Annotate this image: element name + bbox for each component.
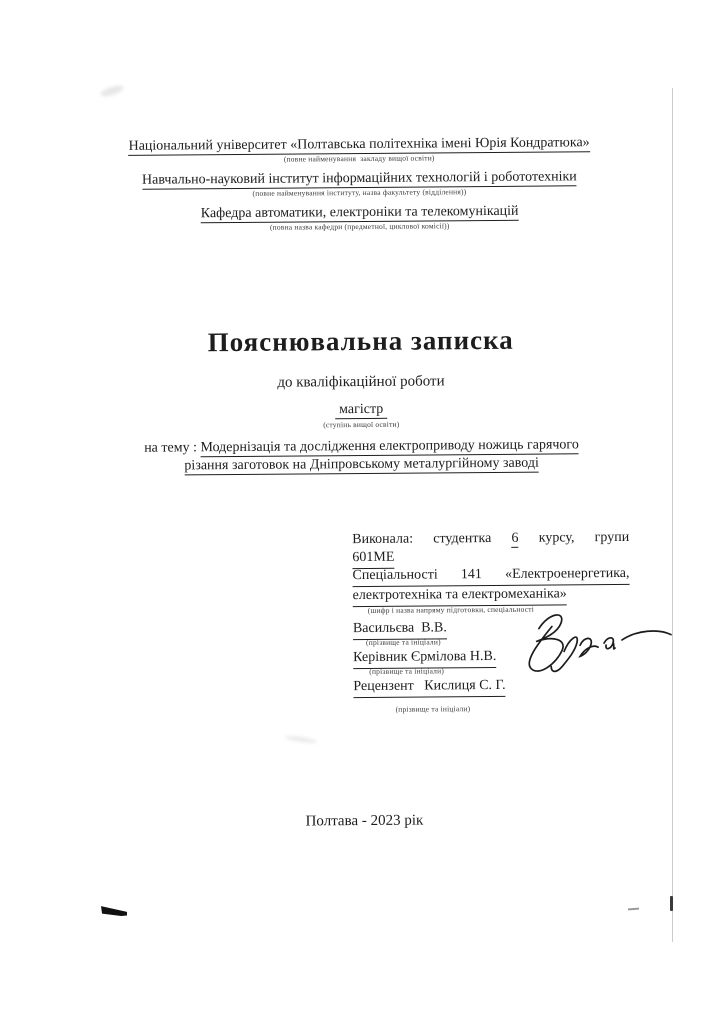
executor-line: Виконала: студентка 6 курсу, групи: [352, 529, 629, 549]
scan-edge-dark-mark: [670, 896, 673, 911]
document-title: Пояснювальна записка: [0, 323, 723, 360]
document-subtitle: до кваліфікаційної роботи: [0, 371, 723, 394]
specialty-line-1: Спеціальності 141 «Електроенергетика,: [352, 565, 629, 587]
specialty-line-2: електротехніка та електромеханіка»: [353, 585, 630, 605]
course-number: 6: [511, 530, 518, 548]
reviewer-name: Рецензент Кислиця С. Г.: [353, 677, 505, 698]
topic-block: на тему : Модернізація та дослідження ел…: [29, 435, 693, 476]
scanned-title-page: Національний університет «Полтавська пол…: [0, 0, 724, 1024]
page-content: Національний університет «Полтавська пол…: [0, 0, 724, 1024]
topic-line-1: Модернізація та дослідження електроприво…: [200, 437, 578, 457]
signature-stroke: [529, 615, 563, 671]
reviewer-caption: (прізвище та ініціали): [396, 703, 631, 714]
footer-city-year: Полтава - 2023 рік: [2, 810, 724, 833]
supervisor-signature: [509, 604, 680, 690]
topic-label: на тему :: [144, 440, 200, 455]
header-block: Національний університет «Полтавська пол…: [27, 133, 692, 240]
topic-line-2: різання заготовок на Дніпровському метал…: [184, 456, 539, 476]
group-number-row: 601МЕ: [352, 547, 629, 567]
scan-page-edge-line: [672, 88, 673, 942]
signature-dash: [622, 631, 671, 640]
